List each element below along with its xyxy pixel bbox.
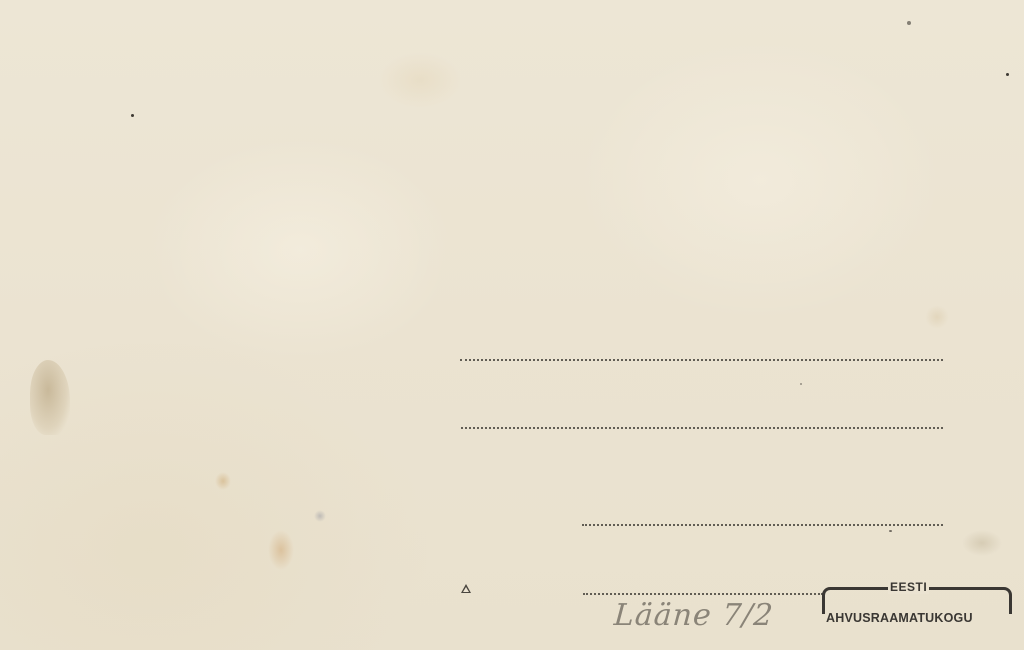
- stamp-top-text: EESTI: [888, 580, 929, 594]
- speck: [1006, 73, 1009, 76]
- triangle-mark-icon: [461, 584, 471, 593]
- stain: [30, 360, 70, 435]
- stain: [268, 530, 294, 570]
- speck: [907, 21, 911, 25]
- stain: [925, 305, 949, 329]
- handwritten-note: Lääne 7/2: [613, 598, 775, 633]
- address-line-2: [461, 427, 943, 429]
- speck: [131, 114, 134, 117]
- address-line-1: [460, 359, 943, 361]
- stain: [215, 472, 231, 490]
- speck: [800, 383, 802, 385]
- stain: [962, 530, 1002, 556]
- address-line-4: [583, 593, 823, 595]
- stain: [314, 510, 326, 522]
- address-line-3: [582, 524, 943, 526]
- library-stamp: EESTI AHVUSRAAMATUKOGU: [822, 585, 1006, 630]
- speck: [889, 530, 892, 532]
- stamp-bottom-text: AHVUSRAAMATUKOGU: [826, 611, 973, 625]
- postcard-back: Lääne 7/2 EESTI AHVUSRAAMATUKOGU: [0, 0, 1024, 650]
